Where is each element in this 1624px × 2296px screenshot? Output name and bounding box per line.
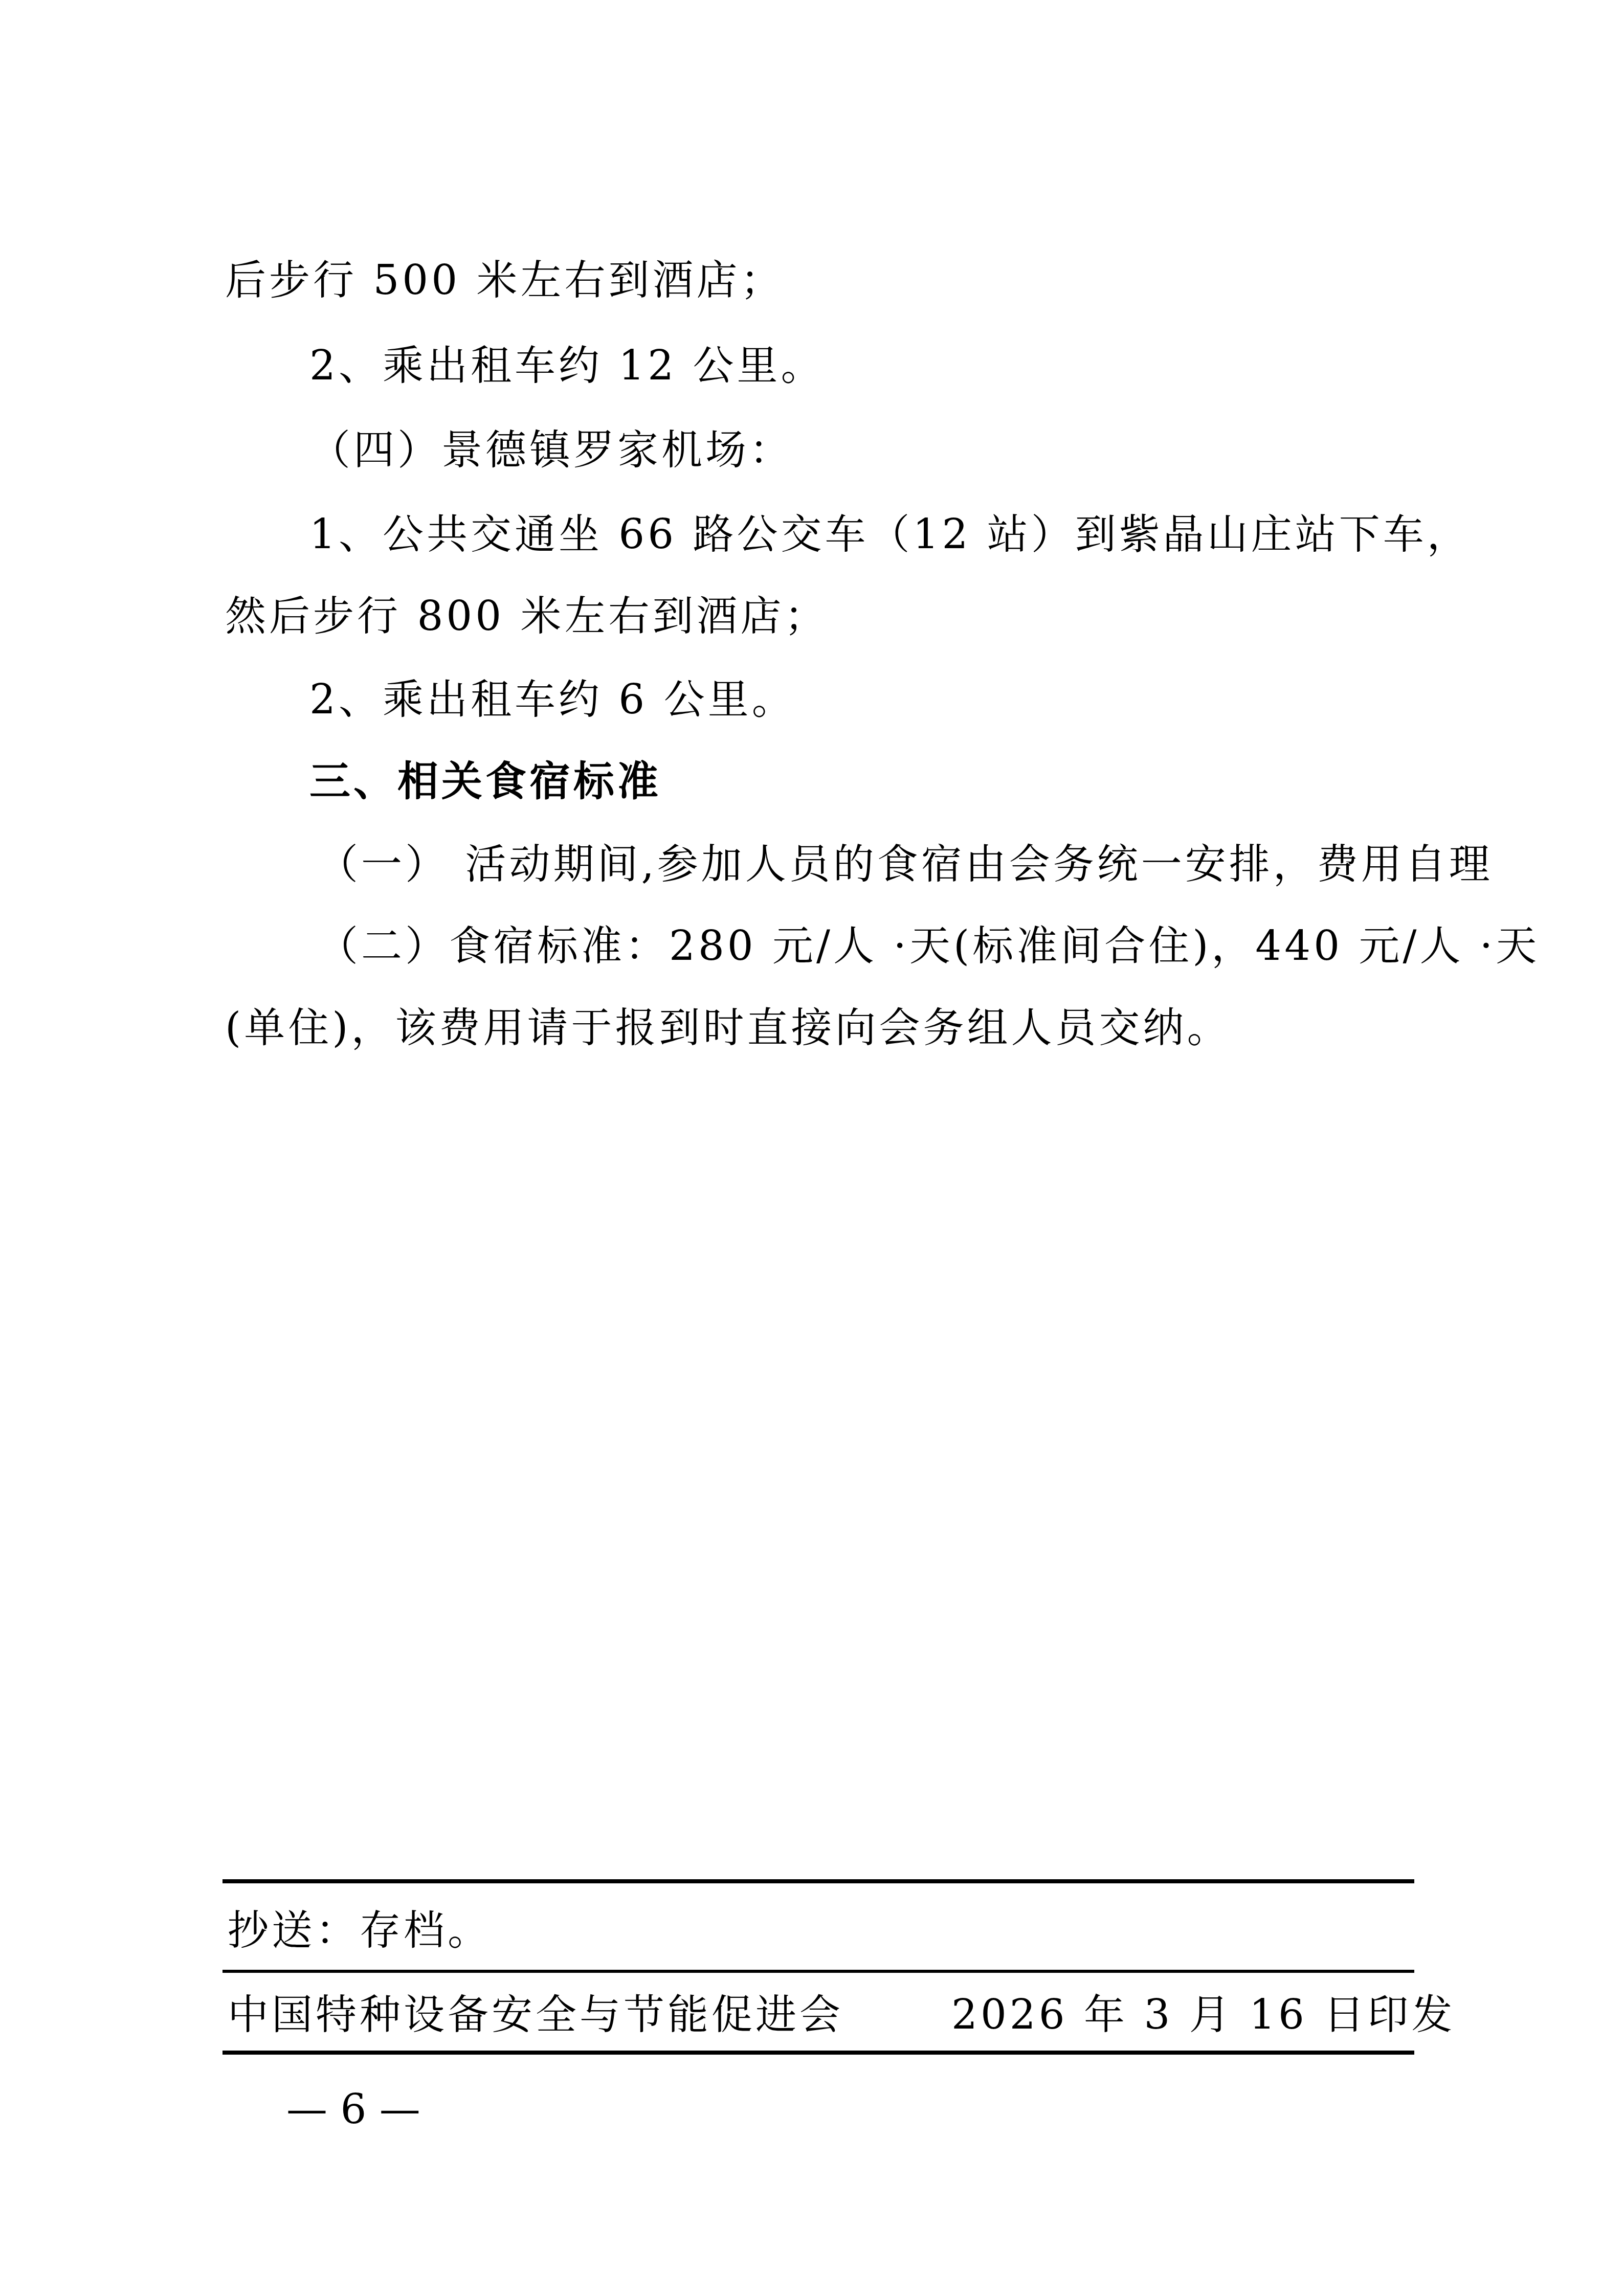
body-line-2: 2、乘出租车约 12 公里。 <box>309 340 825 391</box>
footer-bottom-rule <box>223 2051 1414 2055</box>
body-line-6: 2、乘出租车约 6 公里。 <box>309 674 796 725</box>
cc-line: 抄送：存档。 <box>228 1905 492 1956</box>
footer-middle-rule <box>223 1970 1414 1973</box>
body-line-5: 然后步行 800 米左右到酒店； <box>225 591 829 642</box>
body-line-8: （一） 活动期间,参加人员的食宿由会务统一安排，费用自理 <box>317 839 1493 890</box>
issuer-name: 中国特种设备安全与节能促进会 <box>228 1989 843 2040</box>
body-line-10: (单住)，该费用请于报到时直接向会务组人员交纳。 <box>225 1002 1231 1053</box>
body-line-1: 后步行 500 米左右到酒店； <box>225 255 785 306</box>
footer-top-rule <box>223 1879 1414 1883</box>
body-line-4: 1、公共交通坐 66 路公交车（12 站）到紫晶山庄站下车， <box>309 509 1471 560</box>
subheading-jingdezhen-airport: （四）景德镇罗家机场： <box>309 424 793 476</box>
section-heading-accommodation: 三、相关食宿标准 <box>309 756 661 807</box>
page-number: — 6 — <box>286 2084 420 2135</box>
body-line-9: （二）食宿标准：280 元/人 ·天(标准间合住)，440 元/人 ·天 <box>317 920 1540 972</box>
issue-date: 2026 年 3 月 16 日印发 <box>951 1989 1455 2040</box>
